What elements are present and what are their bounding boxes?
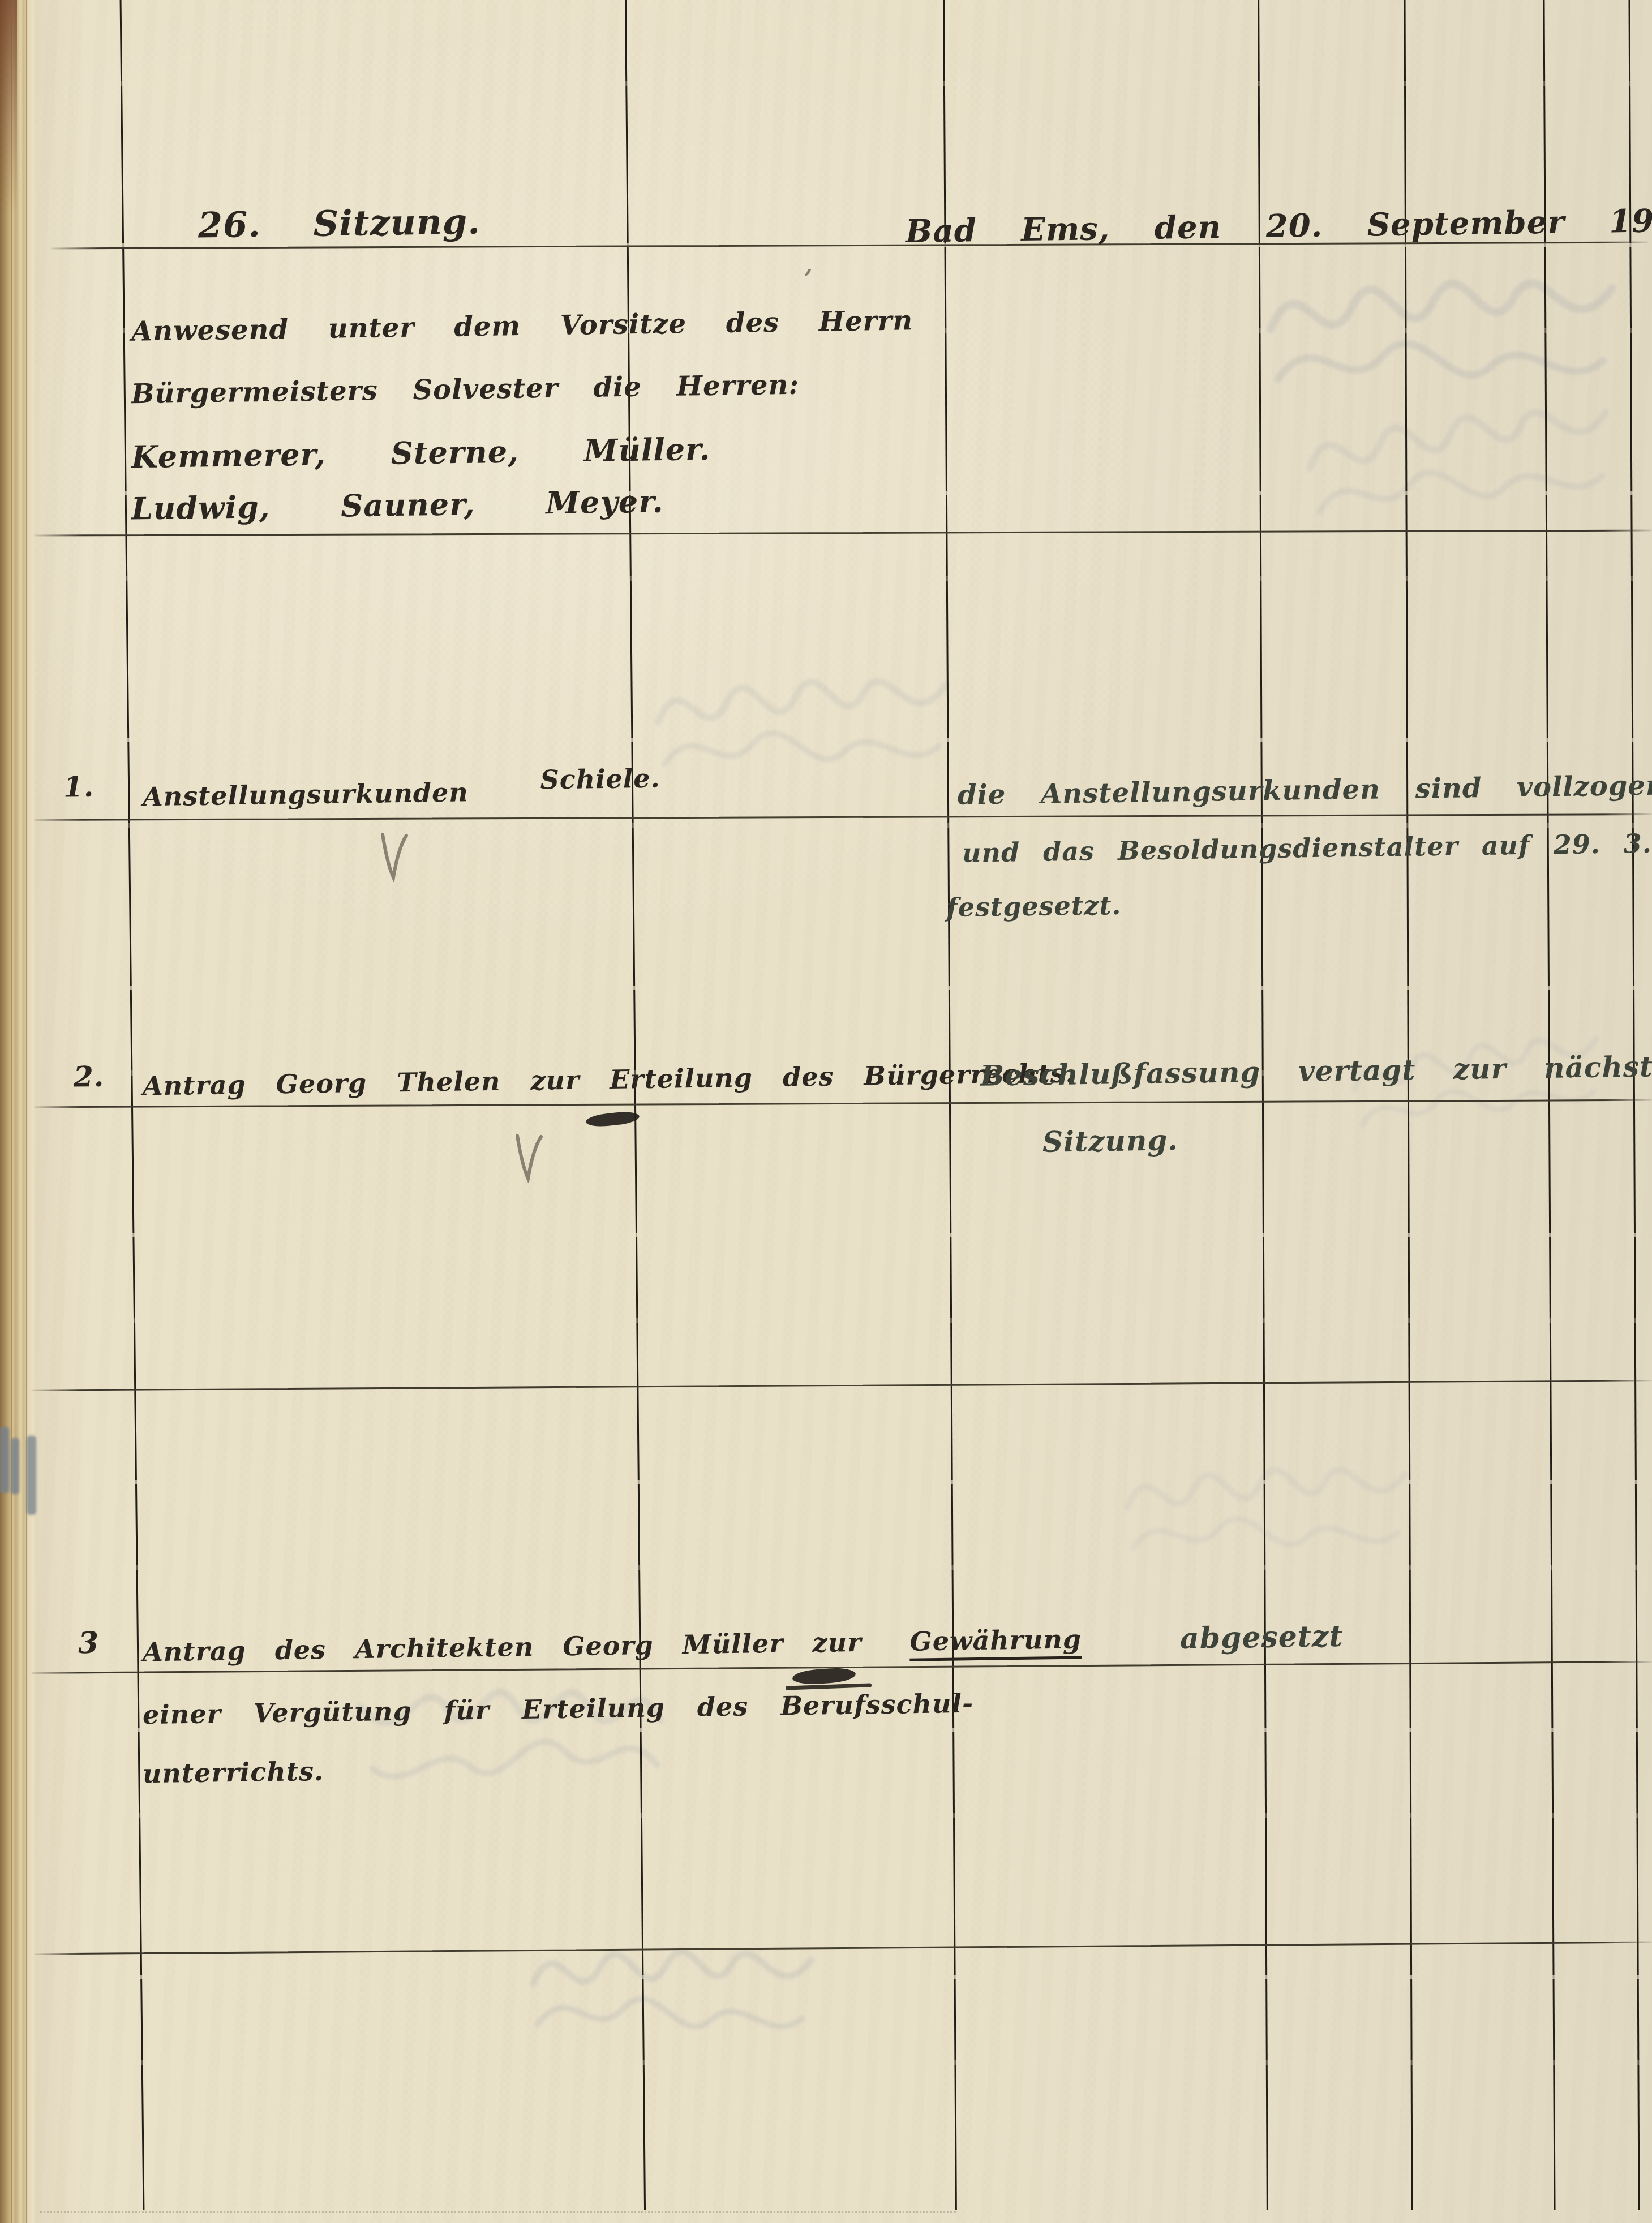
item-1-number: 1. bbox=[63, 770, 95, 804]
attendance-line-3: Kemmerer, Sterne, Müller. bbox=[131, 431, 711, 475]
item-1-subject-name: Schiele. bbox=[540, 763, 660, 795]
ledger-page: 26. Sitzung. Bad Ems, den 20. September … bbox=[0, 0, 1652, 2223]
ink-bleed-ghost bbox=[1299, 357, 1621, 539]
hand-rule-item1 bbox=[34, 813, 1652, 821]
ink-blot bbox=[792, 1667, 856, 1686]
column-rule-7 bbox=[1628, 0, 1640, 2210]
item-3-decision: abgesetzt bbox=[1180, 1619, 1344, 1656]
item-1-decision-line-3: festgesetzt. bbox=[946, 890, 1122, 923]
gutter-smudge bbox=[27, 1436, 36, 1515]
item-2-subject: Antrag Georg Thelen zur Erteilung des Bü… bbox=[143, 1057, 1075, 1101]
item-3-subject-line-3: unterrichts. bbox=[143, 1756, 324, 1789]
attendance-line-1: Anwesend unter dem Vorsitze des Herrn bbox=[131, 305, 913, 347]
item-1-subject-text: Anstellungsurkunden bbox=[143, 777, 469, 812]
book-gutter bbox=[0, 0, 36, 2223]
pencil-checkmark bbox=[374, 830, 414, 884]
ink-blot bbox=[585, 1110, 640, 1128]
item-3-subject-prefix: Antrag des Architekten Georg Müller zur bbox=[143, 1627, 862, 1668]
pencil-checkmark bbox=[508, 1131, 549, 1185]
page-edge-line bbox=[26, 0, 27, 2223]
item-2-decision-line-2: Sitzung. bbox=[1042, 1123, 1178, 1158]
ink-bleed-ghost bbox=[518, 1847, 829, 2112]
hand-rule-footer bbox=[34, 1942, 1652, 1955]
session-title: 26. Sitzung. bbox=[198, 201, 481, 246]
gutter-stain bbox=[0, 0, 17, 215]
ink-bleed-ghost bbox=[649, 630, 959, 793]
item-3-subject-line-1: Antrag des Architekten Georg Müller zur … bbox=[143, 1624, 1082, 1667]
attendance-line-2: Bürgermeisters Solvester die Herren: bbox=[131, 369, 800, 410]
column-rule-3 bbox=[943, 0, 957, 2210]
attendance-line-4: Ludwig, Sauner, Meyer. bbox=[131, 483, 664, 526]
item-1-subject: Anstellungsurkunden Schiele. bbox=[143, 774, 661, 812]
gutter-smudge bbox=[0, 1427, 9, 1493]
item-2-number: 2. bbox=[74, 1060, 105, 1094]
next-page-edge bbox=[40, 2211, 956, 2213]
item-3-subject-line-2: einer Vergütung für Erteilung des Berufs… bbox=[143, 1688, 974, 1730]
gutter-smudge bbox=[11, 1438, 19, 1494]
item-3-subject-underlined-word: Gewährung bbox=[909, 1624, 1082, 1661]
page-edge-line bbox=[11, 0, 12, 2223]
item-3-number: 3 bbox=[78, 1626, 100, 1661]
stray-ink-tick: ʼ bbox=[804, 265, 813, 294]
ink-bleed-ghost bbox=[1117, 1399, 1418, 1598]
